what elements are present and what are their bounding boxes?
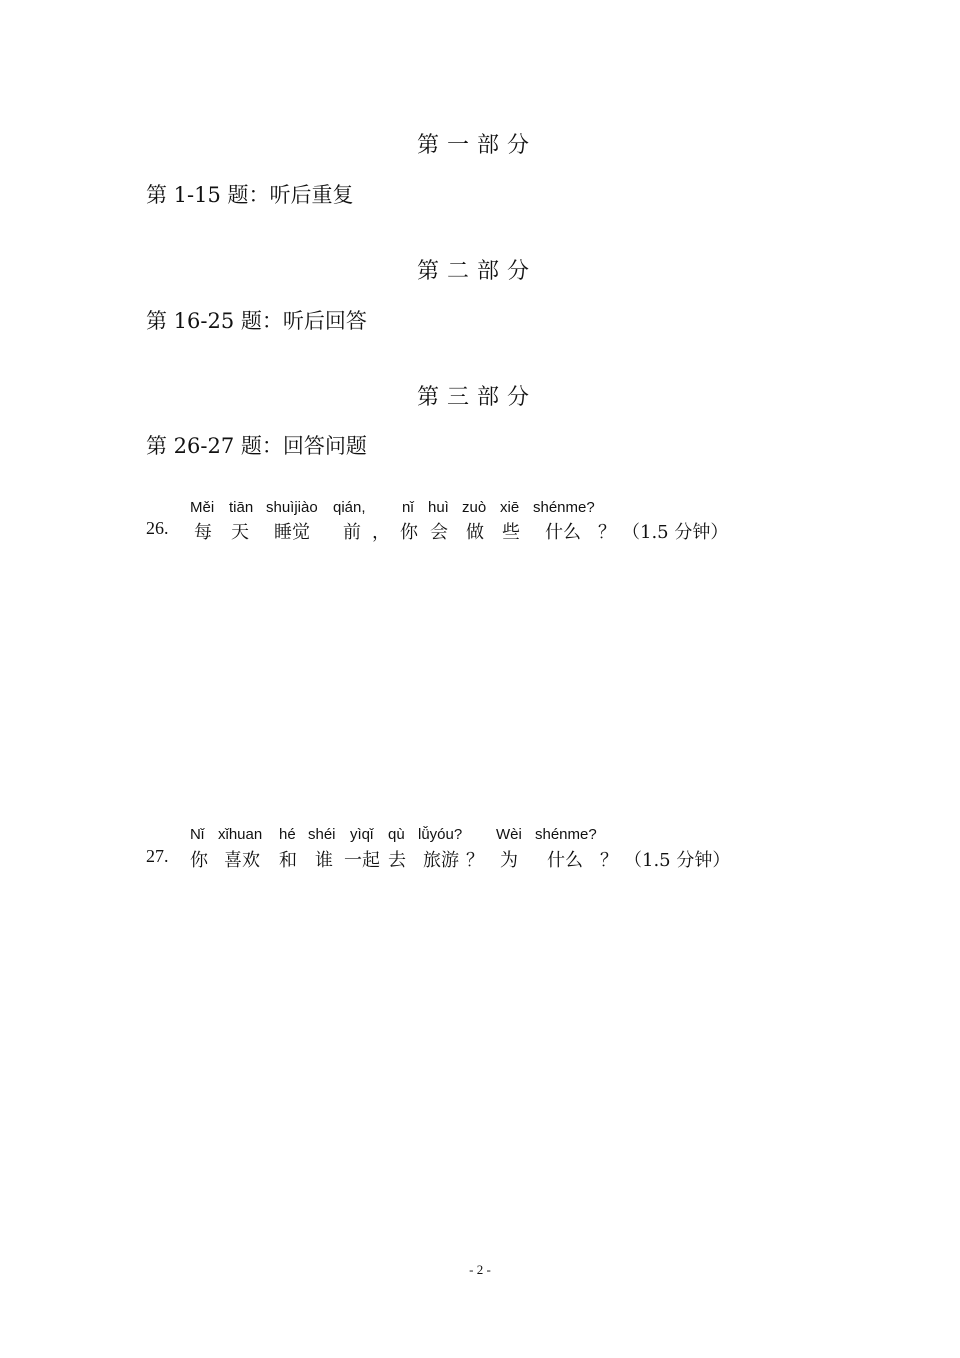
question-mark: ？ bbox=[598, 518, 616, 544]
pinyin: zuò bbox=[462, 499, 486, 516]
hanzi: 谁 bbox=[315, 846, 333, 872]
hanzi: 去 bbox=[388, 846, 406, 872]
pinyin: xiē bbox=[500, 499, 519, 516]
hanzi: 你 bbox=[400, 518, 418, 544]
part-2-instruction: 第 16-25 题：听后回答 bbox=[146, 305, 367, 335]
pinyin: huì bbox=[428, 499, 449, 516]
pinyin: qù bbox=[388, 826, 405, 843]
part-1-instruction: 第 1-15 题：听后重复 bbox=[146, 179, 354, 209]
hanzi: 做 bbox=[466, 518, 484, 544]
time-note: （1.5 分钟） bbox=[622, 518, 728, 544]
hanzi: 每 bbox=[194, 518, 212, 544]
hanzi: 你 bbox=[190, 846, 208, 872]
hanzi: 前 bbox=[343, 518, 361, 544]
part-2-title: 第二部分 bbox=[0, 254, 954, 285]
pinyin: Wèi bbox=[496, 826, 522, 843]
pinyin: Měi bbox=[190, 499, 214, 516]
hanzi: 旅游 bbox=[423, 846, 459, 872]
pinyin: qián, bbox=[333, 499, 366, 516]
page-number: - 2 - bbox=[0, 1262, 960, 1278]
pinyin: shénme? bbox=[535, 826, 597, 843]
question-mark: ？ bbox=[466, 846, 484, 872]
pinyin: shénme? bbox=[533, 499, 595, 516]
hanzi: 天 bbox=[231, 518, 249, 544]
hanzi: 会 bbox=[430, 518, 448, 544]
hanzi: 什么 bbox=[545, 518, 581, 544]
time-note: （1.5 分钟） bbox=[624, 846, 730, 872]
part-1-title: 第一部分 bbox=[0, 128, 954, 159]
pinyin: Nǐ bbox=[190, 826, 204, 843]
pinyin: yìqǐ bbox=[350, 826, 373, 843]
question-mark: ？ bbox=[600, 846, 618, 872]
hanzi: 什么 bbox=[547, 846, 583, 872]
hanzi: 为 bbox=[500, 846, 518, 872]
pinyin: hé bbox=[279, 826, 296, 843]
part-3-instruction: 第 26-27 题：回答问题 bbox=[146, 430, 367, 460]
pinyin: xǐhuan bbox=[218, 826, 262, 843]
pinyin: shéi bbox=[308, 826, 336, 843]
pinyin: tiān bbox=[229, 499, 253, 516]
hanzi: 些 bbox=[502, 518, 520, 544]
hanzi: 一起 bbox=[344, 846, 380, 872]
pinyin: nǐ bbox=[402, 499, 414, 516]
hanzi: 喜欢 bbox=[224, 846, 260, 872]
question-number: 26. bbox=[146, 518, 169, 539]
question-number: 27. bbox=[146, 846, 169, 867]
hanzi: 睡觉 bbox=[274, 518, 310, 544]
part-3-title: 第三部分 bbox=[0, 380, 954, 411]
comma: ， bbox=[372, 518, 390, 544]
hanzi: 和 bbox=[279, 846, 297, 872]
pinyin: lǚyóu? bbox=[418, 826, 462, 843]
pinyin: shuìjiào bbox=[266, 499, 318, 516]
